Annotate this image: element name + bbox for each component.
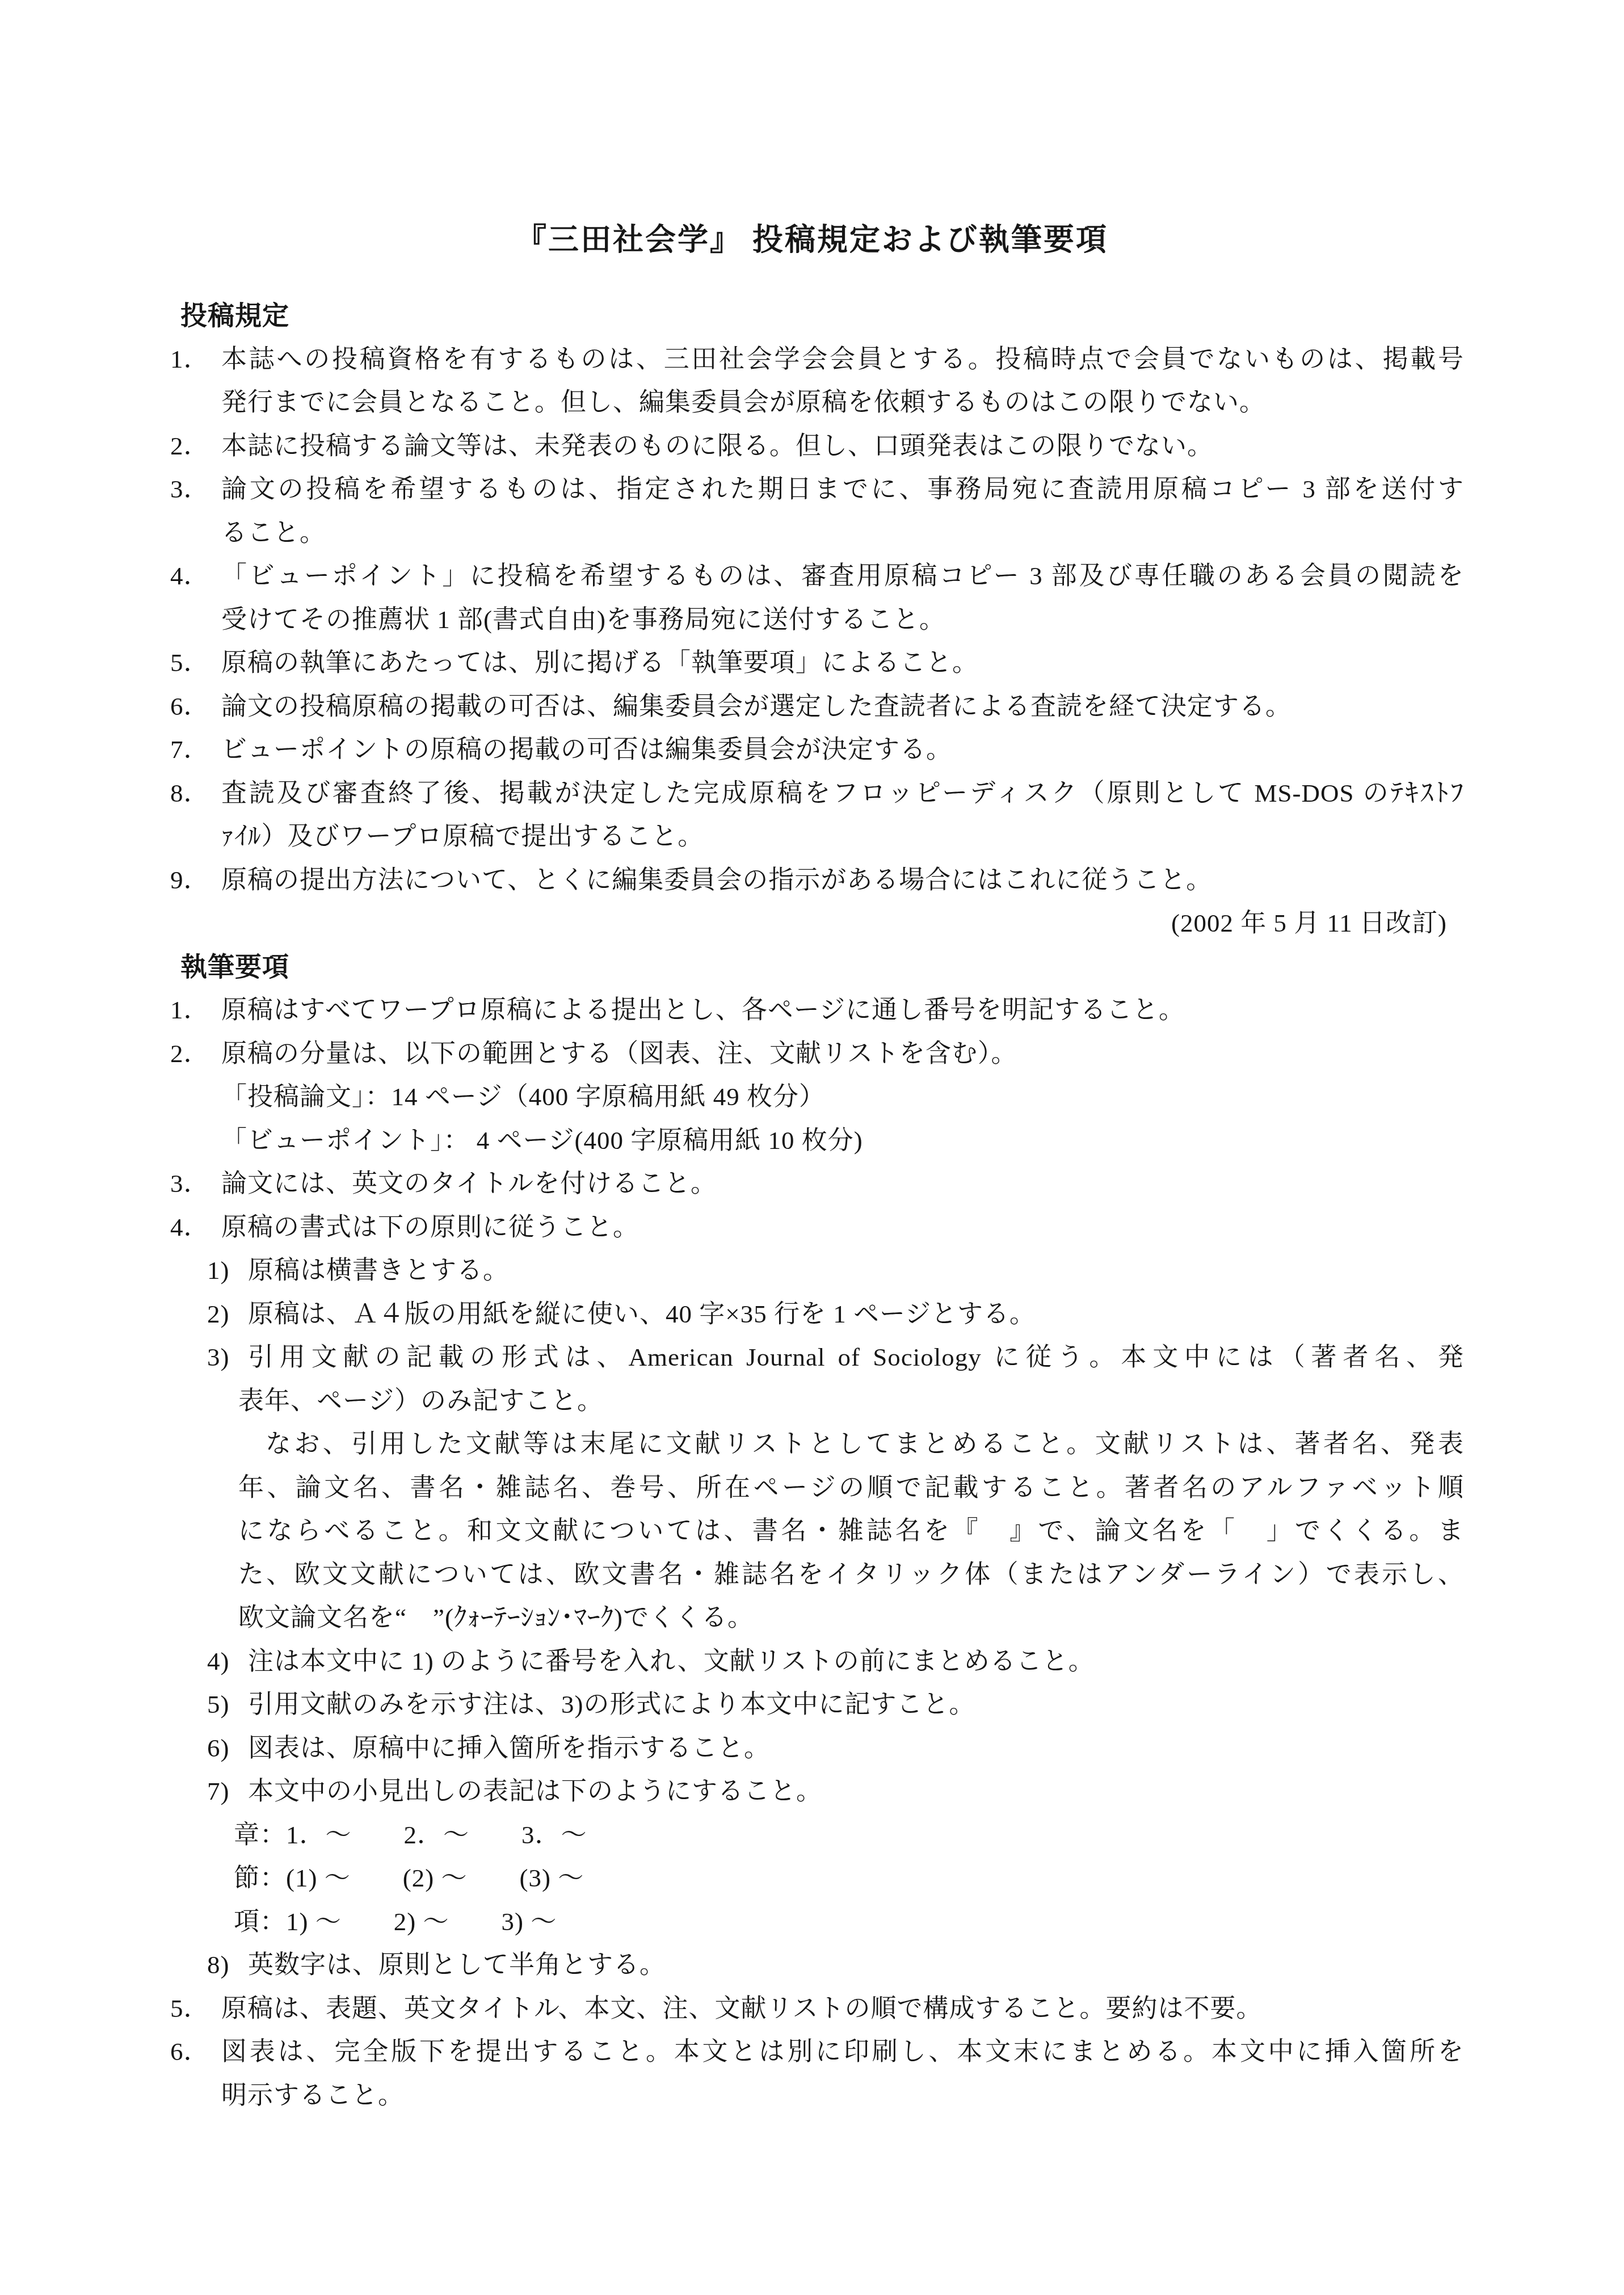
line-text: 「ビューポイント」に投稿を希望するものは、審査用原稿コピー 3 部及び専任職のあ… (221, 562, 1464, 590)
sub-list-item: 5)引用文献のみを示す注は、3)の形式により本文中に記すこと。 (0, 1683, 1624, 1726)
item-number: 5) (207, 1683, 230, 1726)
item-number: 9． (170, 858, 210, 902)
heading-format-example: 章：1．〜 2．〜 3．〜 (0, 1813, 1624, 1857)
line-text: 原稿の書式は下の原則に従うこと。 (221, 1213, 639, 1241)
sub-list-item: 2)原稿は、Ａ４版の用紙を縦に使い、40 字×35 行を 1 ページとする。 (0, 1292, 1624, 1336)
list-item: 4．原稿の書式は下の原則に従うこと。 (0, 1206, 1624, 1249)
item-number: 8． (170, 772, 210, 815)
line-text: 欧文論文名を“ ”(ｸｫｰﾃｰｼｮﾝ･ﾏｰｸ)でくくる。 (238, 1603, 754, 1632)
line-text: 引用文献のみを示す注は、3)の形式により本文中に記すこと。 (248, 1690, 975, 1719)
line-text: (2002 年 5 月 11 日改訂) (1171, 909, 1447, 937)
list-item: 5．原稿の執筆にあたっては、別に掲げる「執筆要項」によること。 (0, 641, 1624, 685)
sub-list-item: 8)英数字は、原則として半角とする。 (0, 1943, 1624, 1987)
item-number: 3) (207, 1336, 230, 1379)
line-text: 論文の投稿原稿の掲載の可否は、編集委員会が選定した査読者による査読を経て決定する… (221, 692, 1291, 721)
line-text: なお、引用した文献等は末尾に文献リストとしてまとめること。文献リストは、著者名、… (266, 1430, 1464, 1458)
document-page: 『三田社会学』 投稿規定および執筆要項 投稿規定 1．本誌への投稿資格を有するも… (0, 0, 1624, 2295)
line-text: 原稿の提出方法について、とくに編集委員会の指示がある場合にはこれに従うこと。 (221, 866, 1212, 894)
line-text: 論文には、英文のタイトルを付けること。 (221, 1169, 717, 1198)
item-number: 7) (207, 1770, 230, 1813)
list-item: 2．本誌に投稿する論文等は、未発表のものに限る。但し、口頭発表はこの限りでない。 (0, 424, 1624, 468)
list-item-continuation: ること。 (0, 511, 1624, 555)
sub-list-item: 7)本文中の小見出しの表記は下のようにすること。 (0, 1770, 1624, 1813)
list-item: 6．図表は、完全版下を提出すること。本文とは別に印刷し、本文末にまとめる。本文中… (0, 2030, 1464, 2074)
line-text: にならべること。和文文献については、書名・雑誌名を『 』で、論文名を「 」でくく… (238, 1517, 1464, 1545)
line-text: 査読及び審査終了後、掲載が決定した完成原稿をフロッピーディスク（原則として MS… (221, 779, 1464, 807)
line-text: 原稿の執筆にあたっては、別に掲げる「執筆要項」によること。 (221, 649, 978, 677)
line-text: 引用文献の記載の形式は、American Journal of Sociolog… (248, 1343, 1464, 1371)
list-item: 1．本誌への投稿資格を有するものは、三田社会学会会員とする。投稿時点で会員でない… (0, 338, 1464, 381)
line-text: 注は本文中に 1) のように番号を入れ、文献リストの前にまとめること。 (248, 1647, 1095, 1675)
list-item-continuation: ｧｲﾙ）及びワープロ原稿で提出すること。 (0, 815, 1624, 858)
list-item: 4．「ビューポイント」に投稿を希望するものは、審査用原稿コピー 3 部及び専任職… (0, 554, 1464, 598)
list-item-continuation: 受けてその推薦状 1 部(書式自由)を事務局宛に送付すること。 (0, 598, 1624, 642)
line-text: た、欧文文献については、欧文書名・雑誌名をイタリック体（またはアンダーライン）で… (238, 1560, 1464, 1589)
list-item-continuation: 「投稿論文」：14 ページ（400 字原稿用紙 49 枚分） (0, 1075, 1624, 1119)
item-number: 5． (170, 641, 210, 685)
sub-item-continuation: た、欧文文献については、欧文書名・雑誌名をイタリック体（またはアンダーライン）で… (0, 1553, 1464, 1597)
line-text: 発行までに会員となること。但し、編集委員会が原稿を依頼するものはこの限りでない。 (221, 388, 1265, 416)
line-text: ビューポイントの原稿の掲載の可否は編集委員会が決定する。 (221, 735, 952, 764)
sub-list-item: 1)原稿は横書きとする。 (0, 1249, 1624, 1292)
item-number: 2． (170, 424, 210, 468)
list-item-continuation: 明示すること。 (0, 2074, 1624, 2117)
page-title: 『三田社会学』 投稿規定および執筆要項 (0, 222, 1624, 258)
line-text: 図表は、原稿中に挿入箇所を指示すること。 (248, 1734, 770, 1762)
item-number: 1． (170, 988, 210, 1032)
item-number: 6． (170, 685, 210, 728)
line-text: 本文中の小見出しの表記は下のようにすること。 (248, 1777, 822, 1805)
item-number: 6． (170, 2030, 210, 2074)
item-number: 1． (170, 338, 210, 381)
heading-format-example: 節：(1) 〜 (2) 〜 (3) 〜 (0, 1856, 1624, 1900)
list-item: 3．論文の投稿を希望するものは、指定された期日までに、事務局宛に査読用原稿コピー… (0, 468, 1464, 511)
line-text: 表年、ページ）のみ記すこと。 (238, 1387, 603, 1415)
item-number: 3． (170, 468, 210, 511)
item-number: 1) (207, 1249, 230, 1292)
sub-list-item: 6)図表は、原稿中に挿入箇所を指示すること。 (0, 1726, 1624, 1770)
list-item: 5．原稿は、表題、英文タイトル、本文、注、文献リストの順で構成すること。要約は不… (0, 1987, 1624, 2031)
list-item: 7．ビューポイントの原稿の掲載の可否は編集委員会が決定する。 (0, 728, 1624, 772)
submission-rules-list: 1．本誌への投稿資格を有するものは、三田社会学会会員とする。投稿時点で会員でない… (0, 338, 1624, 945)
list-item-continuation: 「ビューポイント」： 4 ページ(400 字原稿用紙 10 枚分) (0, 1119, 1624, 1163)
item-number: 2． (170, 1032, 210, 1076)
line-text: 原稿は横書きとする。 (248, 1256, 509, 1285)
sub-list-item: 3)引用文献の記載の形式は、American Journal of Sociol… (0, 1336, 1464, 1379)
list-item-continuation: 発行までに会員となること。但し、編集委員会が原稿を依頼するものはこの限りでない。 (0, 381, 1624, 424)
item-number: 3． (170, 1162, 210, 1206)
line-text: 明示すること。 (221, 2081, 404, 2109)
list-item: 3．論文には、英文のタイトルを付けること。 (0, 1162, 1624, 1206)
line-text: 「投稿論文」：14 ページ（400 字原稿用紙 49 枚分） (221, 1083, 825, 1111)
writing-guidelines-list: 1．原稿はすべてワープロ原稿による提出とし、各ページに通し番号を明記すること。2… (0, 988, 1624, 2117)
line-text: 原稿は、Ａ４版の用紙を縦に使い、40 字×35 行を 1 ページとする。 (248, 1300, 1036, 1328)
list-item: 2．原稿の分量は、以下の範囲とする（図表、注、文献リストを含む）。 (0, 1032, 1624, 1076)
item-number: 6) (207, 1726, 230, 1770)
item-number: 8) (207, 1943, 230, 1987)
line-text: 受けてその推薦状 1 部(書式自由)を事務局宛に送付すること。 (221, 605, 945, 634)
line-text: 節：(1) 〜 (2) 〜 (3) 〜 (234, 1864, 584, 1892)
section-heading-submission-rules: 投稿規定 (0, 294, 1624, 338)
line-text: 年、論文名、書名・雑誌名、巻号、所在ページの順で記載すること。著者名のアルファベ… (238, 1473, 1464, 1502)
line-text: 原稿はすべてワープロ原稿による提出とし、各ページに通し番号を明記すること。 (221, 996, 1185, 1024)
line-text: 章：1．〜 2．〜 3．〜 (234, 1821, 587, 1849)
heading-format-example: 項：1) 〜 2) 〜 3) 〜 (0, 1900, 1624, 1944)
sub-list-item: 4)注は本文中に 1) のように番号を入れ、文献リストの前にまとめること。 (0, 1640, 1624, 1683)
line-text: 原稿の分量は、以下の範囲とする（図表、注、文献リストを含む）。 (221, 1039, 1017, 1068)
revision-note: (2002 年 5 月 11 日改訂) (0, 902, 1624, 945)
item-number: 5． (170, 1987, 210, 2031)
list-item: 8．査読及び審査終了後、掲載が決定した完成原稿をフロッピーディスク（原則として … (0, 772, 1464, 815)
sub-item-continuation: 年、論文名、書名・雑誌名、巻号、所在ページの順で記載すること。著者名のアルファベ… (0, 1466, 1464, 1510)
sub-item-continuation: にならべること。和文文献については、書名・雑誌名を『 』で、論文名を「 」でくく… (0, 1509, 1464, 1553)
list-item: 1．原稿はすべてワープロ原稿による提出とし、各ページに通し番号を明記すること。 (0, 988, 1624, 1032)
section-heading-writing-guidelines: 執筆要項 (0, 945, 1624, 989)
item-number: 7． (170, 728, 210, 772)
item-number: 4) (207, 1640, 230, 1683)
line-text: 英数字は、原則として半角とする。 (248, 1951, 666, 1979)
item-number: 4． (170, 554, 210, 598)
line-text: 論文の投稿を希望するものは、指定された期日までに、事務局宛に査読用原稿コピー 3… (221, 475, 1464, 503)
line-text: ること。 (221, 519, 326, 547)
list-item: 6．論文の投稿原稿の掲載の可否は、編集委員会が選定した査読者による査読を経て決定… (0, 685, 1624, 728)
line-text: ｧｲﾙ）及びワープロ原稿で提出すること。 (221, 822, 704, 850)
line-text: 図表は、完全版下を提出すること。本文とは別に印刷し、本文末にまとめる。本文中に挿… (221, 2037, 1464, 2066)
line-text: 原稿は、表題、英文タイトル、本文、注、文献リストの順で構成すること。要約は不要。 (221, 1994, 1263, 2023)
line-text: 項：1) 〜 2) 〜 3) 〜 (234, 1907, 557, 1936)
sub-item-continuation: 表年、ページ）のみ記すこと。 (0, 1379, 1624, 1423)
line-text: 本誌に投稿する論文等は、未発表のものに限る。但し、口頭発表はこの限りでない。 (221, 432, 1213, 460)
list-item: 9．原稿の提出方法について、とくに編集委員会の指示がある場合にはこれに従うこと。 (0, 858, 1624, 902)
item-number: 4． (170, 1206, 210, 1249)
item-number: 2) (207, 1292, 230, 1336)
document-content: 投稿規定 1．本誌への投稿資格を有するものは、三田社会学会会員とする。投稿時点で… (0, 294, 1624, 2117)
line-text: 本誌への投稿資格を有するものは、三田社会学会会員とする。投稿時点で会員でないもの… (221, 345, 1464, 373)
line-text: 「ビューポイント」： 4 ページ(400 字原稿用紙 10 枚分) (221, 1126, 863, 1155)
sub-item-continuation: 欧文論文名を“ ”(ｸｫｰﾃｰｼｮﾝ･ﾏｰｸ)でくくる。 (0, 1596, 1624, 1640)
note-paragraph-line: なお、引用した文献等は末尾に文献リストとしてまとめること。文献リストは、著者名、… (0, 1422, 1464, 1466)
